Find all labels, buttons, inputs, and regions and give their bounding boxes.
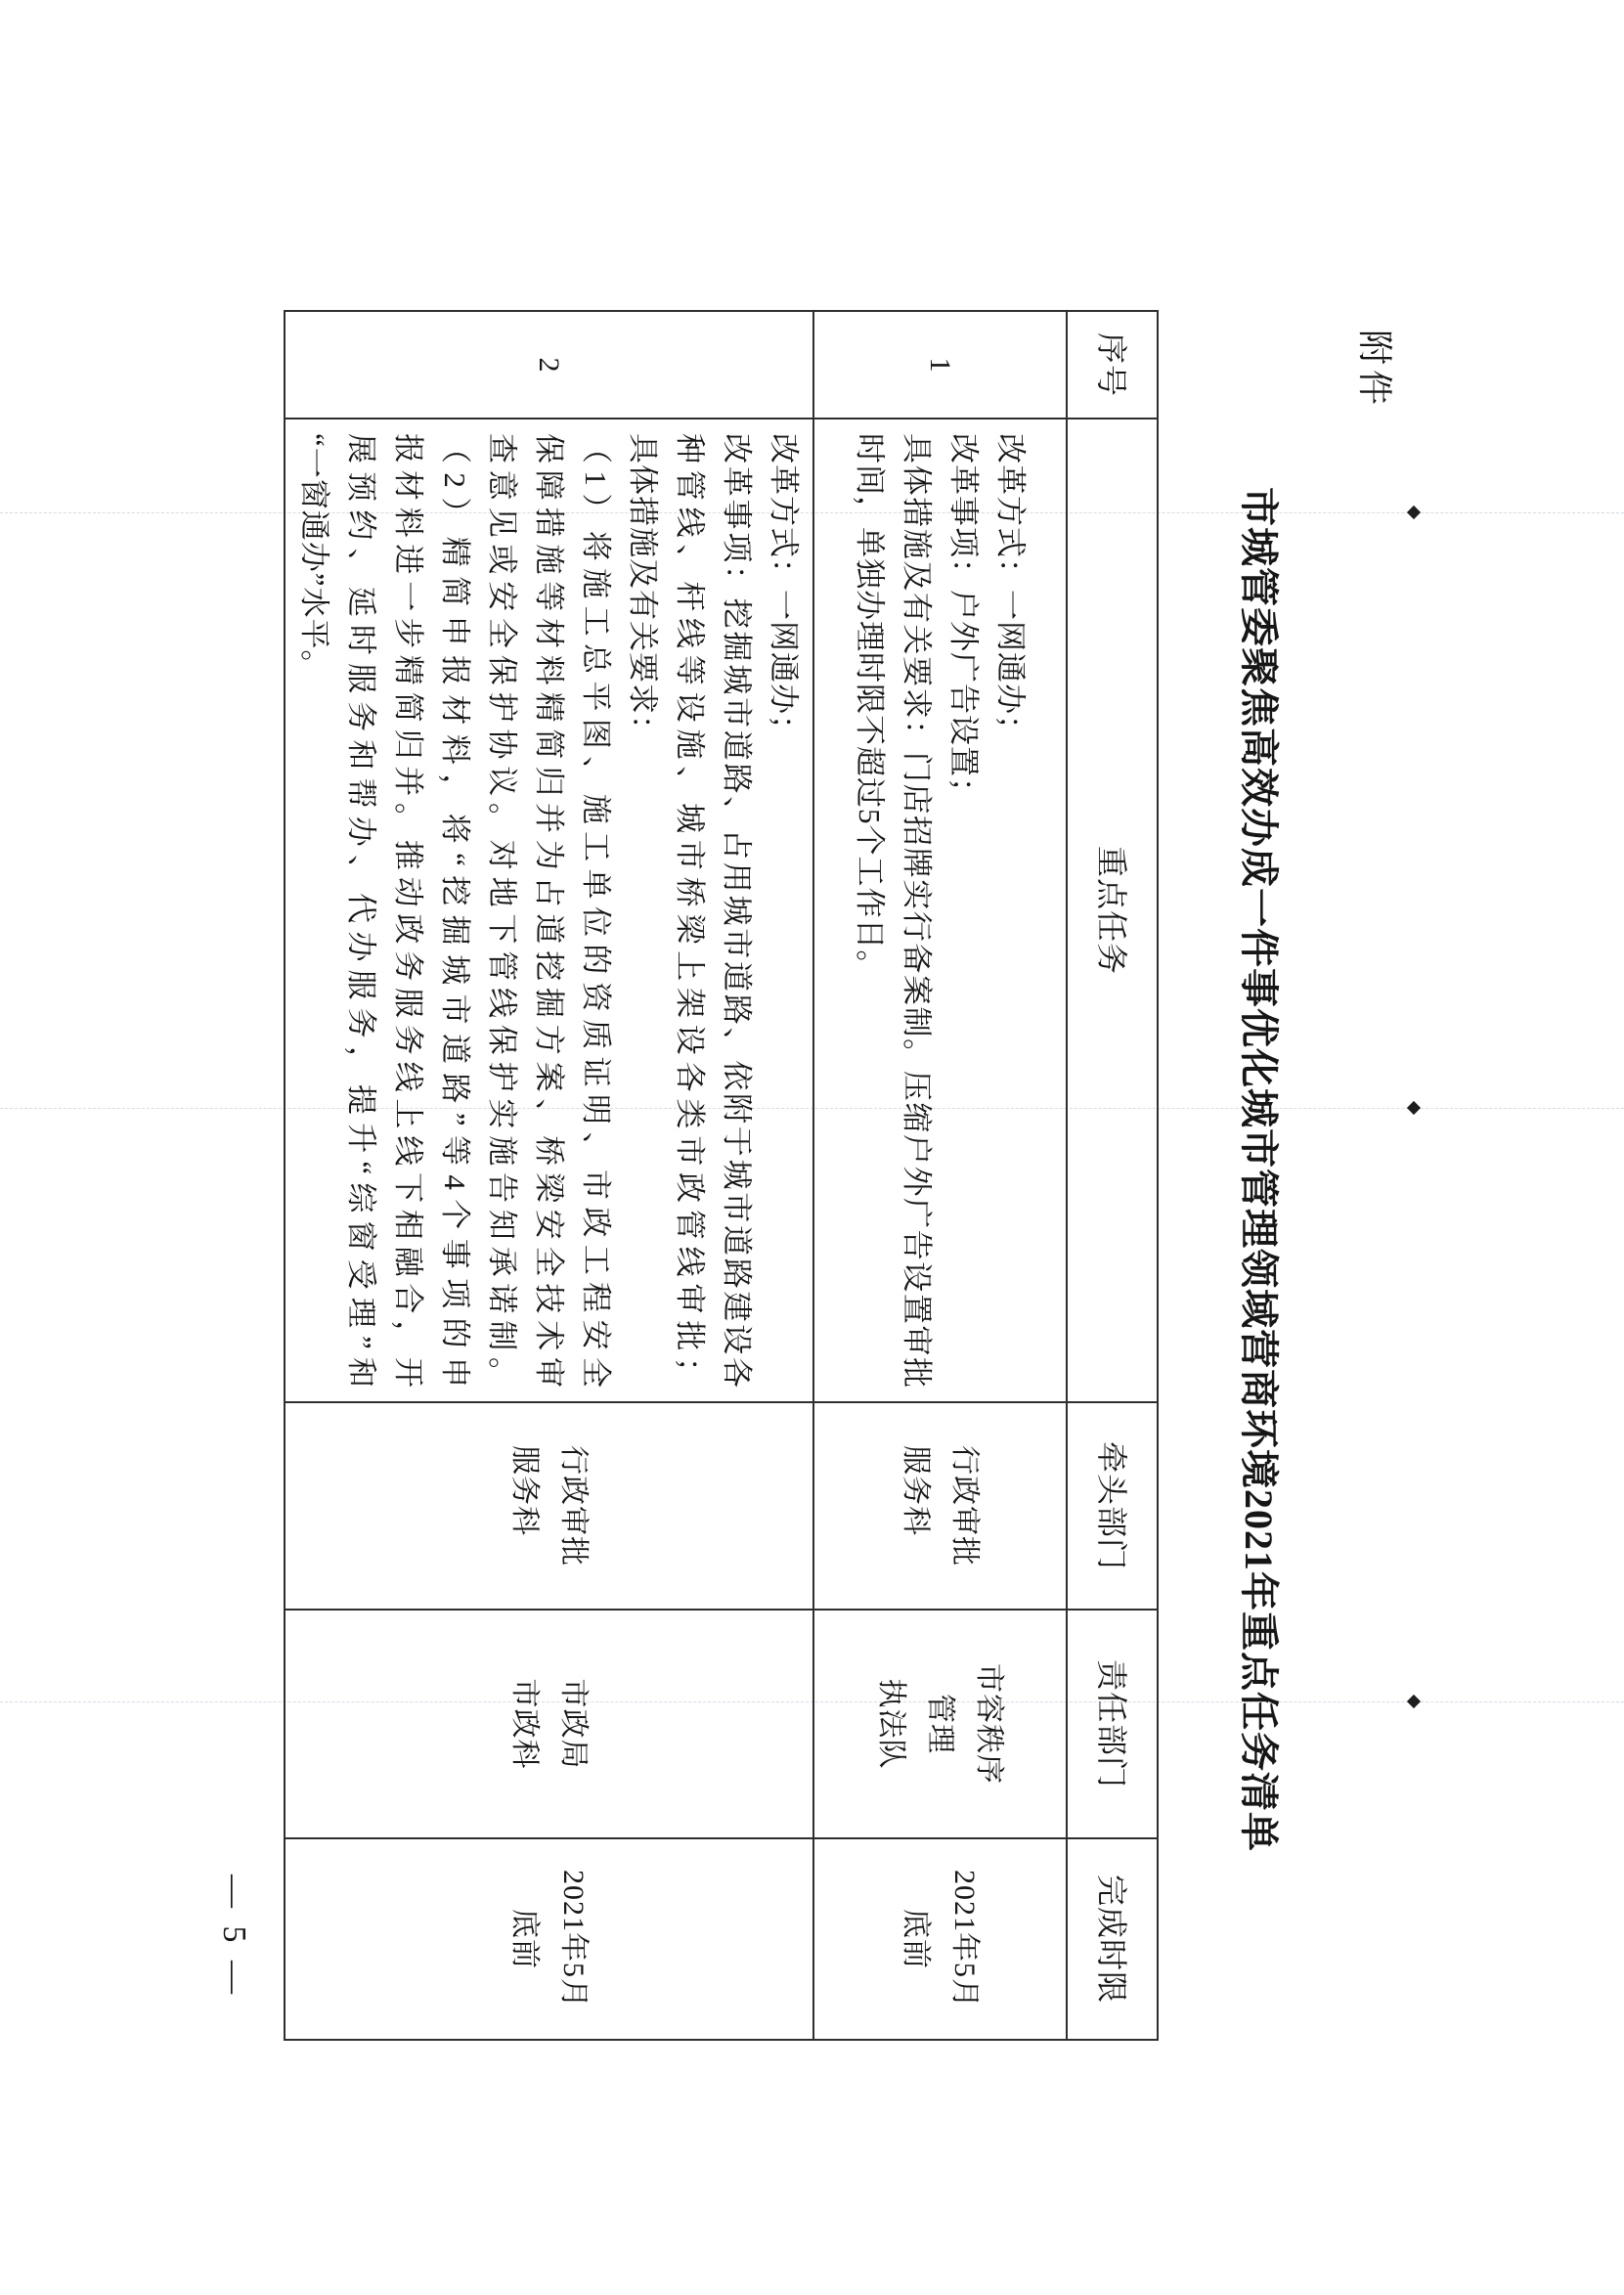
- lead-department-cell: 行政审批 服务科: [813, 1402, 1067, 1610]
- lead-department-line: 服务科: [501, 1445, 549, 1567]
- responsible-department-line: 管理: [916, 1611, 965, 1837]
- lead-department: 行政审批 服务科: [892, 1445, 989, 1567]
- lead-department-line: 行政审批: [941, 1445, 989, 1567]
- document-sheet: 附件 市城管委聚焦高效办成一件事优化城市管理领域营商环境2021年重点任务清单 …: [0, 0, 1624, 2295]
- row-index: 1: [813, 311, 1067, 419]
- task-line: 种管线、杆线等设施、城市桥梁上架设各类市政管线审批；: [667, 433, 714, 1389]
- responsible-department-line: 市政科: [501, 1611, 549, 1837]
- key-task-cell: 改革方式：一网通办； 改革事项：挖掘城市道路、占用城市道路、依附于城市道路建设各…: [285, 419, 813, 1402]
- lead-department: 行政审批 服务科: [501, 1445, 598, 1567]
- task-line: （2）精简申报材料，将“挖掘城市道路”等4个事项的申: [432, 433, 479, 1389]
- lead-department-line: 服务科: [892, 1445, 941, 1567]
- responsible-department-line: 市政局: [549, 1611, 598, 1837]
- header-lead-department: 牵头部门: [1067, 1402, 1158, 1610]
- task-line: 具体措施及有关要求：门店招牌实行备案制。压缩户外广告设置审批: [894, 433, 941, 1389]
- task-line: 查意见或安全保护协议。对地下管线保护实施告知承诺制。: [479, 433, 526, 1389]
- task-line: 展预约、延时服务和帮办、代办服务，提升“综窗受理”和: [338, 433, 385, 1389]
- task-line: 具体措施及有关要求：: [620, 433, 667, 1389]
- task-line: “一窗通办”水平。: [291, 433, 338, 1389]
- task-line: 改革事项：挖掘城市道路、占用城市道路、依附于城市道路建设各: [714, 433, 761, 1389]
- task-line: （1）将施工总平图、施工单位的资质证明、市政工程安全: [573, 433, 620, 1389]
- header-responsible-department: 责任部门: [1067, 1610, 1158, 1838]
- responsible-department-cell: 市政局 市政科: [285, 1610, 813, 1838]
- table-row: 2 改革方式：一网通办； 改革事项：挖掘城市道路、占用城市道路、依附于城市道路建…: [285, 311, 813, 2040]
- row-index: 2: [285, 311, 813, 419]
- attachment-label: 附件: [1356, 330, 1391, 410]
- deadline-line: 2021年5月: [549, 1839, 598, 2039]
- responsible-department-cell: 市容秩序 管理 执法队: [813, 1610, 1067, 1838]
- deadline-line: 底前: [501, 1839, 549, 2039]
- deadline-line: 底前: [892, 1839, 941, 2039]
- lead-department-line: 行政审批: [549, 1445, 598, 1567]
- scanned-page: 附件 市城管委聚焦高效办成一件事优化城市管理领域营商环境2021年重点任务清单 …: [0, 0, 1624, 2295]
- deadline-cell: 2021年5月 底前: [285, 1838, 813, 2040]
- deadline-cell: 2021年5月 底前: [813, 1838, 1067, 2040]
- header-index: 序号: [1067, 311, 1158, 419]
- task-line: 改革事项：户外广告设置；: [941, 433, 988, 1389]
- key-task-cell: 改革方式：一网通办； 改革事项：户外广告设置； 具体措施及有关要求：门店招牌实行…: [813, 419, 1067, 1402]
- task-line: 报材料进一步精简归并。推动政务服务线上线下相融合，开: [385, 433, 432, 1389]
- task-line: 保障措施等材料精简归并为占道挖掘方案、桥梁安全技术审: [526, 433, 573, 1389]
- responsible-department-line: 执法队: [867, 1611, 916, 1837]
- header-key-task: 重点任务: [1067, 419, 1158, 1402]
- document-title: 市城管委聚焦高效办成一件事优化城市管理领域营商环境2021年重点任务清单: [1239, 487, 1278, 1852]
- responsible-department-line: 市容秩序: [965, 1611, 1014, 1837]
- table-header-row: 序号 重点任务 牵头部门 责任部门 完成时限: [1067, 311, 1158, 2040]
- deadline-line: 2021年5月: [941, 1839, 989, 2039]
- table-row: 1 改革方式：一网通办； 改革事项：户外广告设置； 具体措施及有关要求：门店招牌…: [813, 311, 1067, 2040]
- task-line: 时间，单独办理时限不超过5个工作日。: [847, 433, 894, 1389]
- lead-department-cell: 行政审批 服务科: [285, 1402, 813, 1610]
- page-number: — 5 —: [217, 1875, 250, 1999]
- task-table: 序号 重点任务 牵头部门 责任部门 完成时限 1 改革方式：一网通办； 改革事项…: [284, 310, 1159, 2041]
- task-line: 改革方式：一网通办；: [761, 433, 808, 1389]
- header-deadline: 完成时限: [1067, 1838, 1158, 2040]
- task-line: 改革方式：一网通办；: [988, 433, 1034, 1389]
